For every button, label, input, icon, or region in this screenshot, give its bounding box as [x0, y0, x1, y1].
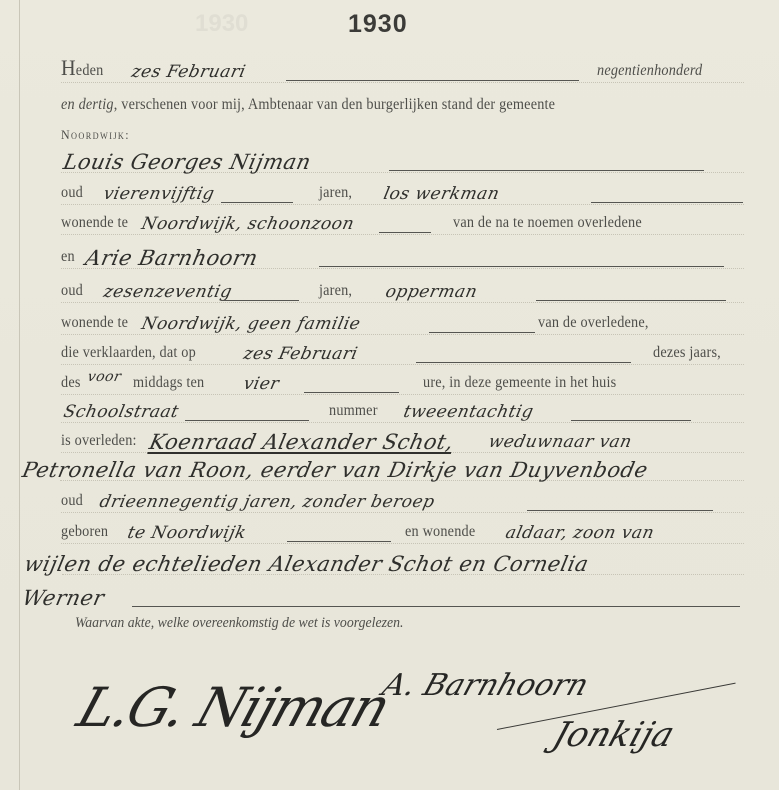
page-year: 1930 [348, 10, 408, 39]
line-deceased: is overleden: Koenraad Alexander Schot, … [61, 430, 744, 456]
printed-heden: Heden [61, 55, 103, 84]
municipality-name: Noordwijk: [61, 122, 130, 148]
declarant-2-residence: Noordwijk, geen familie [139, 311, 363, 337]
declarant-2-name: Arie Barnhoorn [83, 245, 260, 271]
deceased-spouses: Petronella van Roon, eerder van Dirkje v… [20, 457, 650, 483]
line-birthplace: geboren te Noordwijk en wonende aldaar, … [61, 521, 744, 547]
line-declarant-1-residence: wonende te Noordwijk, schoonzoon van de … [61, 212, 744, 238]
deceased-mother-surname: Werner [20, 585, 107, 611]
closing-statement: Waarvan akte, welke overeenkomstig de we… [75, 615, 403, 632]
deceased-parents: wijlen de echtelieden Alexander Schot en… [22, 551, 591, 577]
deceased-age-occupation: drieennegentig jaren, zonder beroep [97, 489, 437, 515]
line-date: Heden zes Februari negentienhonderd [61, 60, 744, 86]
declarant-1-name: Louis Georges Nijman [61, 149, 314, 175]
line-spouses: Petronella van Roon, eerder van Dirkje v… [20, 458, 744, 484]
line-parents-cont: Werner [20, 586, 744, 612]
declarant-1-residence: Noordwijk, schoonzoon [139, 211, 357, 237]
line-death-date: die verklaarden, dat op zes Februari dez… [61, 342, 744, 368]
signature-registrar: Jonkija [548, 715, 679, 755]
line-declarant-1-name: Louis Georges Nijman [61, 150, 744, 176]
death-house-number: tweeentachtig [401, 399, 536, 425]
handwritten-date: zes Februari [129, 59, 248, 85]
declarant-1-occupation: los werkman [381, 181, 502, 207]
death-time-hour: vier [241, 371, 282, 397]
printed-negentienhonderd: negentienhonderd [597, 58, 702, 84]
document-page: 1930 1930 Heden zes Februari negentienho… [0, 0, 779, 790]
line-parents: wijlen de echtelieden Alexander Schot en… [22, 552, 744, 578]
deceased-birthplace: te Noordwijk [125, 520, 249, 546]
line-declarant-1-age: oud vierenvijftig jaren, los werkman [61, 182, 744, 208]
printed-intro: en dertig, verschenen voor mij, Ambtenaa… [61, 92, 555, 118]
declarant-1-age: vierenvijftig [101, 181, 217, 207]
margin-line [19, 0, 20, 790]
line-municipality: Noordwijk: [61, 124, 744, 150]
line-intro: en dertig, verschenen voor mij, Ambtenaa… [61, 94, 744, 120]
deceased-status: weduwnaar van [486, 429, 634, 455]
line-address: Schoolstraat nummer tweeentachtig [61, 400, 744, 426]
signature-declarant-1: L.G. Nijman [70, 676, 396, 739]
death-street: Schoolstraat [61, 399, 181, 425]
deceased-residence-son: aldaar, zoon van [503, 520, 657, 546]
line-declarant-2-age: oud zesenzeventig jaren, opperman [61, 280, 744, 306]
line-declarant-2-name: en Arie Barnhoorn [61, 246, 744, 272]
line-death-time: des voor middags ten vier ure, in deze g… [61, 372, 744, 398]
declarant-2-occupation: opperman [383, 279, 480, 305]
deceased-name: Koenraad Alexander Schot, [147, 429, 456, 455]
line-declarant-2-residence: wonende te Noordwijk, geen familie van d… [61, 312, 744, 338]
death-time-period: voor [85, 364, 124, 390]
death-date: zes Februari [241, 341, 360, 367]
line-deceased-age: oud drieennegentig jaren, zonder beroep [61, 490, 744, 516]
bleed-through-year: 1930 [195, 10, 248, 38]
signature-declarant-2: A. Barnhoorn [378, 668, 593, 703]
declarant-2-age: zesenzeventig [101, 279, 235, 305]
